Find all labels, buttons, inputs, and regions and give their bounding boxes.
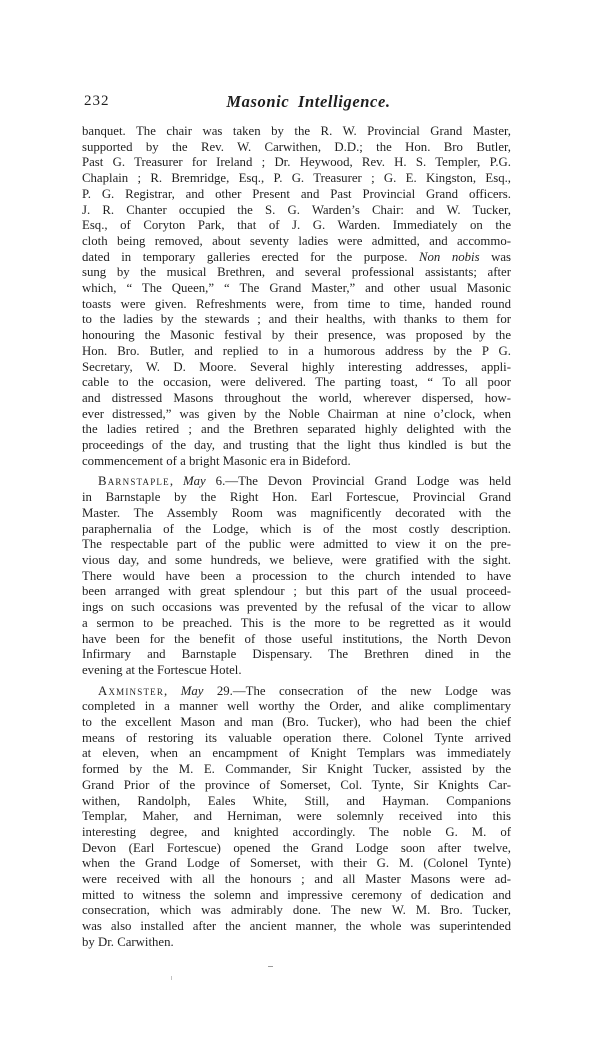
text-segment: Secretary, W. D. Moore. Several highly i… — [82, 360, 511, 374]
text-segment: and distressed Masons throughout the wor… — [82, 391, 511, 405]
text-line: were received with all the honours ; and… — [82, 872, 511, 888]
text-segment: consecration, which was admirably done. … — [82, 903, 511, 917]
text-line: Devon (Earl Fortescue) opened the Grand … — [82, 841, 511, 857]
paragraph: Axminster, May 29.—The consecration of t… — [82, 684, 511, 951]
scan-speck — [268, 966, 273, 967]
text-segment: The respectable part of the public were … — [82, 537, 511, 551]
page-header: 232 Masonic Intelligence. — [82, 92, 511, 114]
text-segment: toasts were given. Refreshments were, fr… — [82, 297, 511, 311]
text-line: a sermon to be preached. This is the mor… — [82, 616, 511, 632]
text-line: consecration, which was admirably done. … — [82, 903, 511, 919]
text-segment: Hon. Bro. Butler, and replied to in a hu… — [82, 344, 511, 358]
text-line: withen, Randolph, Eales White, Still, an… — [82, 794, 511, 810]
text-line: Chaplain ; R. Bremridge, Esq., P. G. Tre… — [82, 171, 511, 187]
text-segment: sung by the musical Brethren, and severa… — [82, 265, 511, 279]
text-line: Barnstaple, May 6.—The Devon Provincial … — [82, 474, 511, 490]
text-line: when the Grand Lodge of Somerset, with t… — [82, 856, 511, 872]
text-segment: at eleven, when an encampment of Knight … — [82, 746, 511, 760]
text-line: cable to the occasion, were delivered. T… — [82, 375, 511, 391]
text-segment: Infirmary and Barnstaple Dispensary. The… — [82, 647, 511, 661]
text-segment: banquet. The chair was taken by the R. W… — [82, 124, 511, 138]
text-segment: when the Grand Lodge of Somerset, with t… — [82, 856, 511, 870]
text-line: was also installed after the ancient man… — [82, 919, 511, 935]
text-segment: Chaplain ; R. Bremridge, Esq., P. G. Tre… — [82, 171, 511, 185]
text-line: evening at the Fortescue Hotel. — [82, 663, 511, 679]
text-segment: dated in temporary galleries erected for… — [82, 250, 419, 264]
paragraph: banquet. The chair was taken by the R. W… — [82, 124, 511, 469]
text-segment: was also installed after the ancient man… — [82, 919, 511, 933]
text-segment: Master. The Assembly Room was magnificen… — [82, 506, 511, 520]
text-line: paraphernalia of the Lodge, which is of … — [82, 522, 511, 538]
place-name: Axminster — [98, 684, 164, 698]
text-segment: was — [480, 250, 511, 264]
text-line: toasts were given. Refreshments were, fr… — [82, 297, 511, 313]
text-line: commencement of a bright Masonic era in … — [82, 454, 511, 470]
text-line: The respectable part of the public were … — [82, 537, 511, 553]
text-segment: ever distressed,” was given by the Noble… — [82, 407, 511, 421]
text-segment: vious day, and some hundreds, we believe… — [82, 553, 511, 567]
text-line: ings on such occasions was prevented by … — [82, 600, 511, 616]
text-line: to the excellent Mason and man (Bro. Tuc… — [82, 715, 511, 731]
article-body: banquet. The chair was taken by the R. W… — [82, 124, 511, 951]
text-line: at eleven, when an encampment of Knight … — [82, 746, 511, 762]
text-segment: 29.—The consecration of the new Lodge wa… — [203, 684, 511, 698]
text-segment: to the excellent Mason and man (Bro. Tuc… — [82, 715, 511, 729]
text-segment: cloth being removed, about seventy ladie… — [82, 234, 511, 248]
text-segment: have been for the benefit of those usefu… — [82, 632, 511, 646]
text-line: in Barnstaple by the Right Hon. Earl For… — [82, 490, 511, 506]
scan-speck — [171, 976, 172, 980]
text-line: the ladies retired ; and the Brethren se… — [82, 422, 511, 438]
text-segment: Esq., of Coryton Park, that of J. G. War… — [82, 218, 511, 232]
text-segment: May — [183, 474, 206, 488]
text-segment: interesting degree, and knighted accordi… — [82, 825, 511, 839]
text-line: completed in a manner well worthy the Or… — [82, 699, 511, 715]
text-segment: , — [164, 684, 181, 698]
text-segment: a sermon to be preached. This is the mor… — [82, 616, 511, 630]
text-line: proceedings of the day, and trusting tha… — [82, 438, 511, 454]
text-segment: Devon (Earl Fortescue) opened the Grand … — [82, 841, 511, 855]
text-segment: proceedings of the day, and trusting tha… — [82, 438, 511, 452]
text-line: mitted to witness the solemn and impress… — [82, 888, 511, 904]
text-segment: been arranged with great splendour ; but… — [82, 584, 511, 598]
text-line: cloth being removed, about seventy ladie… — [82, 234, 511, 250]
text-line: honouring the Masonic festival by their … — [82, 328, 511, 344]
text-line: P. G. Registrar, and other Present and P… — [82, 187, 511, 203]
text-line: Past G. Treasurer for Ireland ; Dr. Heyw… — [82, 155, 511, 171]
text-segment: by Dr. Carwithen. — [82, 935, 174, 949]
paragraph: Barnstaple, May 6.—The Devon Provincial … — [82, 474, 511, 678]
text-segment: commencement of a bright Masonic era in … — [82, 454, 351, 468]
text-line: Templar, Maher, and Herniman, were solem… — [82, 809, 511, 825]
document-page: 232 Masonic Intelligence. banquet. The c… — [0, 0, 592, 1047]
text-line: J. R. Chanter occupied the S. G. Warden’… — [82, 203, 511, 219]
text-segment: Templar, Maher, and Herniman, were solem… — [82, 809, 511, 823]
text-segment: 6.—The Devon Provincial Grand Lodge was … — [206, 474, 511, 488]
text-line: Grand Prior of the province of Somerset,… — [82, 778, 511, 794]
text-segment: Non nobis — [419, 250, 480, 264]
text-segment: May — [181, 684, 204, 698]
text-line: by Dr. Carwithen. — [82, 935, 511, 951]
text-line: and distressed Masons throughout the wor… — [82, 391, 511, 407]
text-segment: mitted to witness the solemn and impress… — [82, 888, 511, 902]
text-segment: honouring the Masonic festival by their … — [82, 328, 511, 342]
text-line: Infirmary and Barnstaple Dispensary. The… — [82, 647, 511, 663]
text-line: ever distressed,” was given by the Noble… — [82, 407, 511, 423]
text-line: which, “ The Queen,” “ The Grand Master,… — [82, 281, 511, 297]
text-line: Axminster, May 29.—The consecration of t… — [82, 684, 511, 700]
text-line: means of restoring its valuable operatio… — [82, 731, 511, 747]
text-line: been arranged with great splendour ; but… — [82, 584, 511, 600]
place-name: Barnstaple — [98, 474, 170, 488]
text-line: Secretary, W. D. Moore. Several highly i… — [82, 360, 511, 376]
text-column: 232 Masonic Intelligence. banquet. The c… — [82, 92, 511, 951]
text-segment: paraphernalia of the Lodge, which is of … — [82, 522, 511, 536]
text-line: supported by the Rev. W. Carwithen, D.D.… — [82, 140, 511, 156]
text-segment: Grand Prior of the province of Somerset,… — [82, 778, 511, 792]
text-segment: P. G. Registrar, and other Present and P… — [82, 187, 511, 201]
text-segment: J. R. Chanter occupied the S. G. Warden’… — [82, 203, 511, 217]
text-segment: withen, Randolph, Eales White, Still, an… — [82, 794, 511, 808]
text-segment: Past G. Treasurer for Ireland ; Dr. Heyw… — [82, 155, 511, 169]
text-segment: in Barnstaple by the Right Hon. Earl For… — [82, 490, 511, 504]
text-segment: were received with all the honours ; and… — [82, 872, 511, 886]
text-line: formed by the M. E. Commander, Sir Knigh… — [82, 762, 511, 778]
text-line: dated in temporary galleries erected for… — [82, 250, 511, 266]
text-segment: which, “ The Queen,” “ The Grand Master,… — [82, 281, 511, 295]
text-segment: the ladies retired ; and the Brethren se… — [82, 422, 511, 436]
text-line: Master. The Assembly Room was magnificen… — [82, 506, 511, 522]
text-line: There would have been a procession to th… — [82, 569, 511, 585]
text-segment: means of restoring its valuable operatio… — [82, 731, 511, 745]
text-line: to the ladies by the stewards ; and thei… — [82, 312, 511, 328]
text-segment: evening at the Fortescue Hotel. — [82, 663, 242, 677]
text-segment: ings on such occasions was prevented by … — [82, 600, 511, 614]
running-title: Masonic Intelligence. — [94, 92, 523, 112]
text-segment: supported by the Rev. W. Carwithen, D.D.… — [82, 140, 511, 154]
text-line: sung by the musical Brethren, and severa… — [82, 265, 511, 281]
text-line: have been for the benefit of those usefu… — [82, 632, 511, 648]
text-segment: formed by the M. E. Commander, Sir Knigh… — [82, 762, 511, 776]
text-line: interesting degree, and knighted accordi… — [82, 825, 511, 841]
text-segment: to the ladies by the stewards ; and thei… — [82, 312, 511, 326]
text-line: Esq., of Coryton Park, that of J. G. War… — [82, 218, 511, 234]
text-line: vious day, and some hundreds, we believe… — [82, 553, 511, 569]
text-segment: There would have been a procession to th… — [82, 569, 511, 583]
text-line: Hon. Bro. Butler, and replied to in a hu… — [82, 344, 511, 360]
text-segment: completed in a manner well worthy the Or… — [82, 699, 511, 713]
text-segment: , — [170, 474, 183, 488]
text-line: banquet. The chair was taken by the R. W… — [82, 124, 511, 140]
text-segment: cable to the occasion, were delivered. T… — [82, 375, 511, 389]
